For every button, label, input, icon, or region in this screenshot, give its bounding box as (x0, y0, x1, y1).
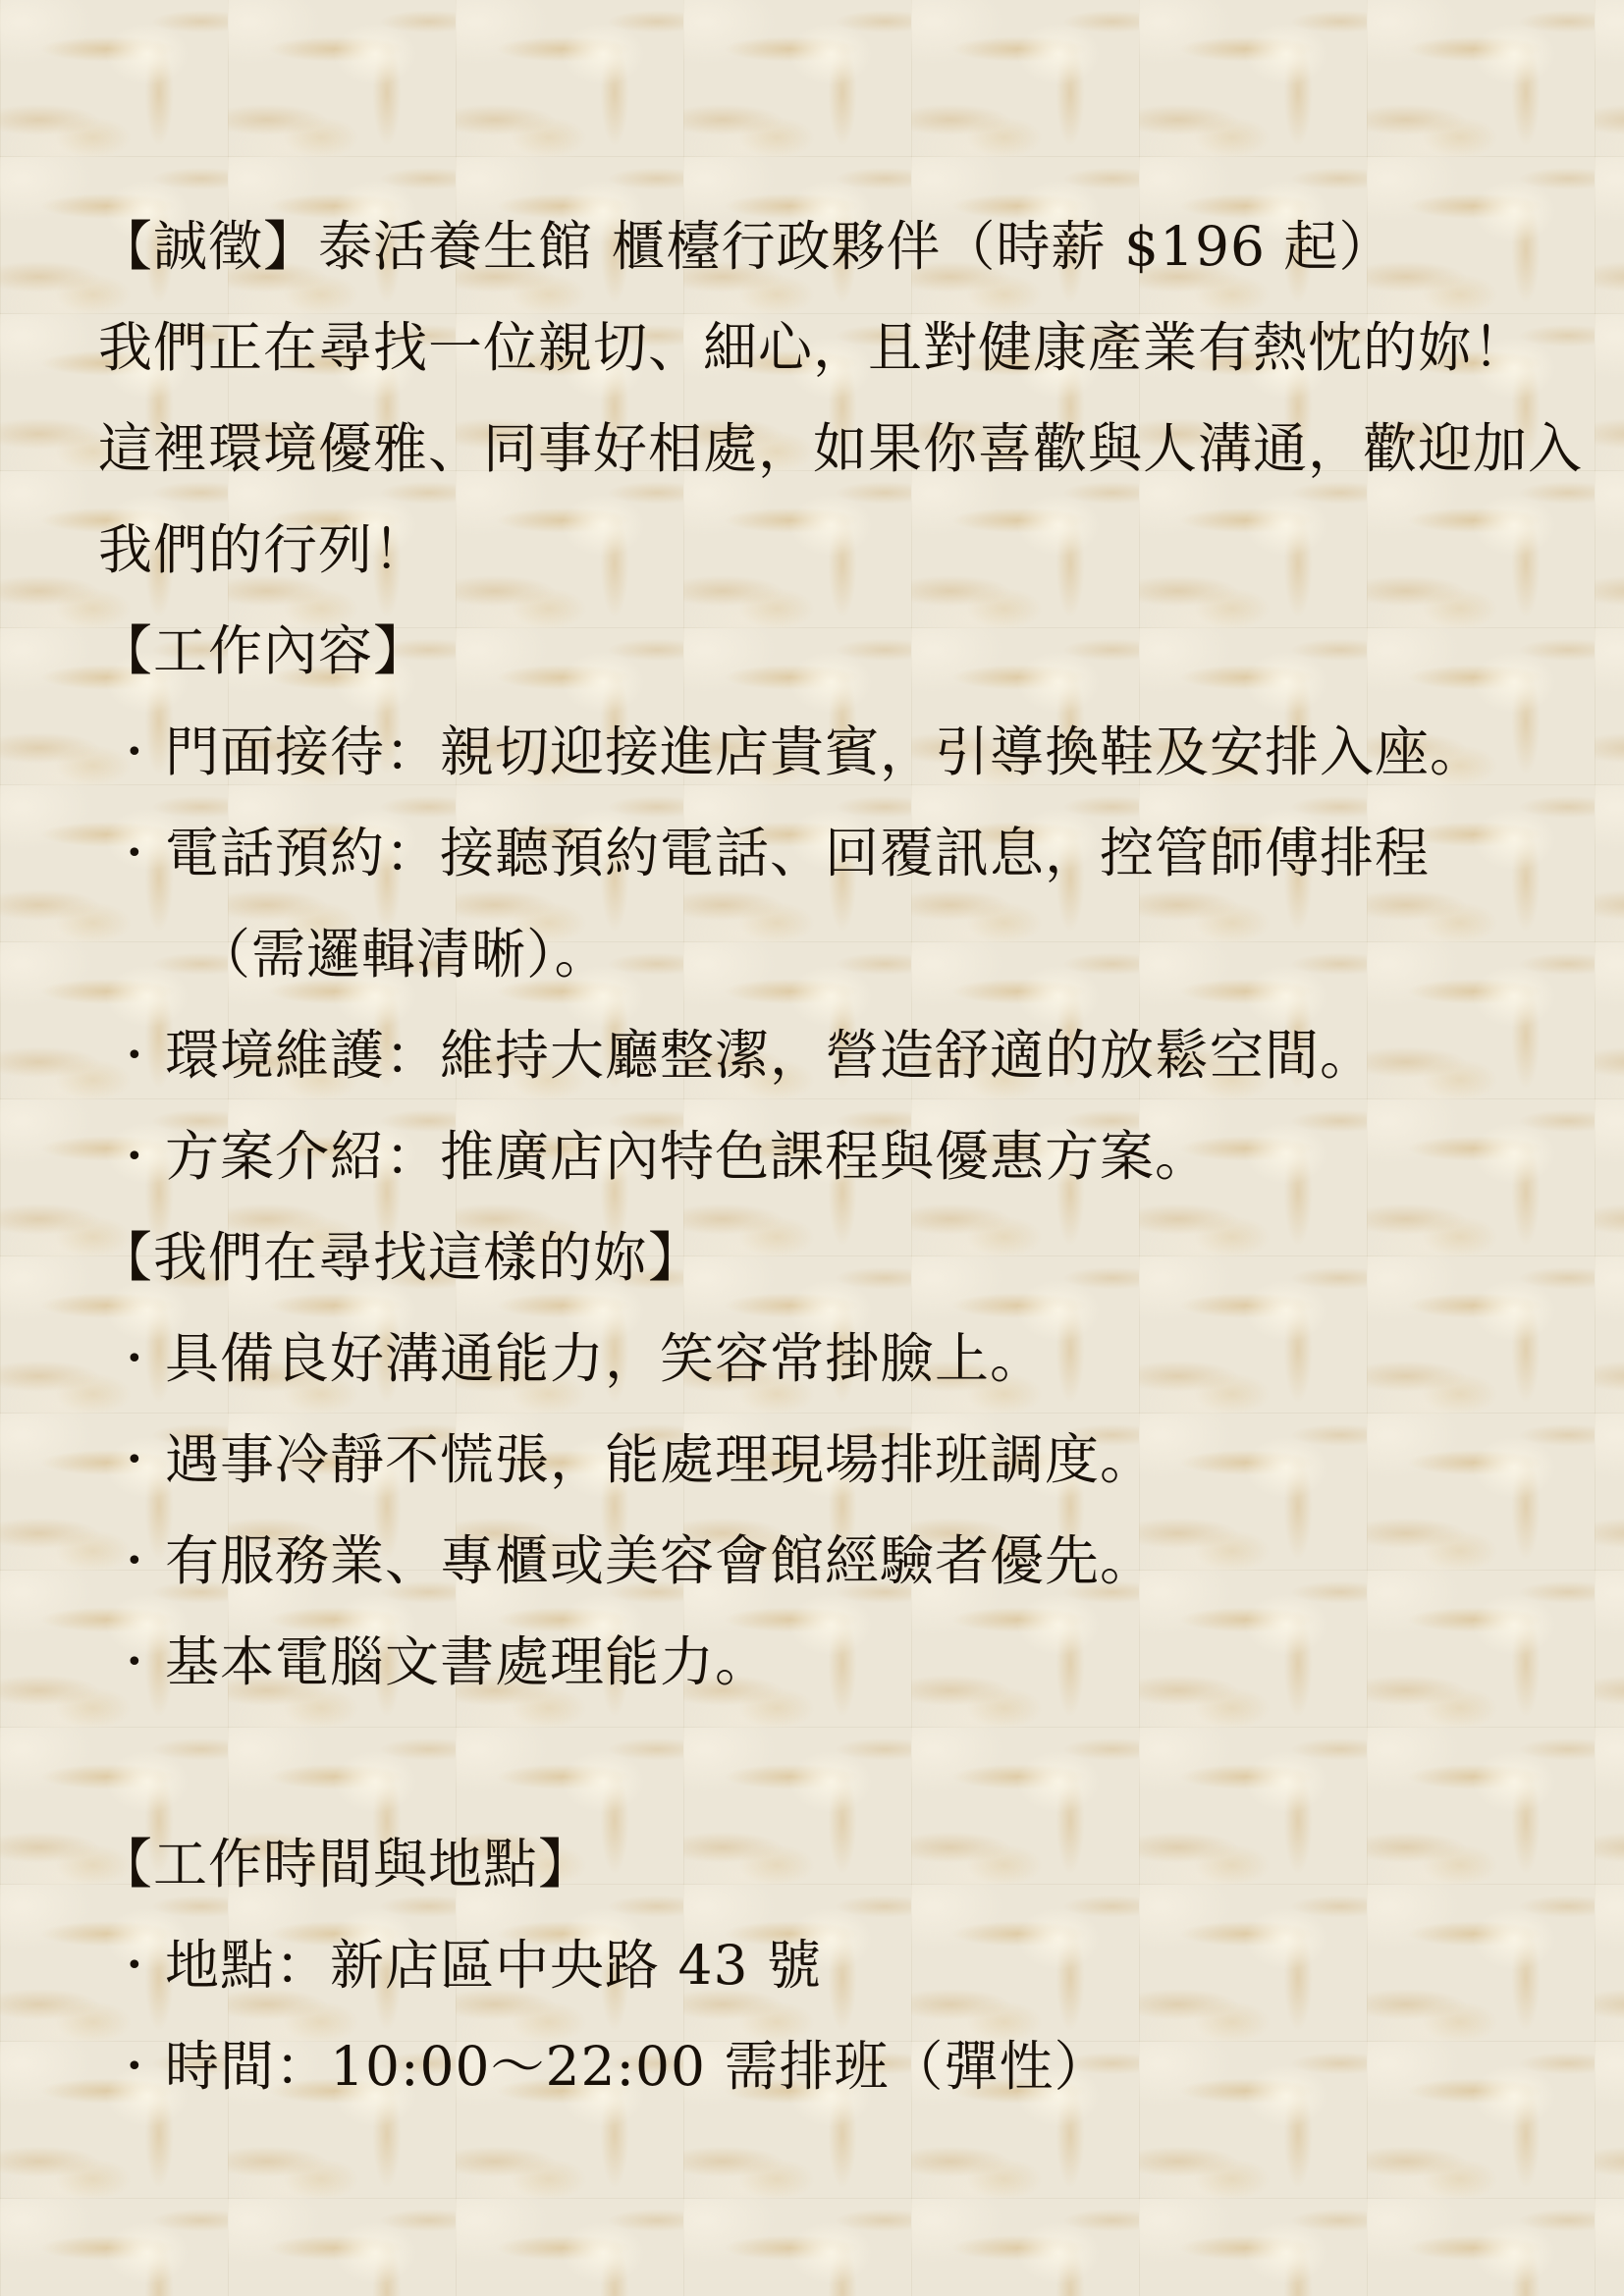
section-heading-candidate-profile: 【我們在尋找這樣的妳】 (98, 1207, 1528, 1308)
list-item: •電話預約：接聽預約電話、回覆訊息，控管師傅排程（需邏輯清晰）。 (98, 803, 1528, 1005)
list-item-text: 環境維護：維持大廳整潔，營造舒適的放鬆空間。 (165, 1024, 1375, 1087)
list-item-text: 門面接待：親切迎接進店貴賓，引導換鞋及安排入座。 (165, 721, 1485, 783)
list-item-text: 基本電腦文書處理能力。 (165, 1630, 770, 1693)
bullet-icon: • (126, 1915, 144, 2016)
section-heading-time-location: 【工作時間與地點】 (98, 1814, 1528, 1915)
intro-line-1: 我們正在尋找一位親切、細心，且對健康產業有熱忱的妳！ (98, 297, 1528, 399)
job-duties-list: •門面接待：親切迎接進店貴賓，引導換鞋及安排入座。 •電話預約：接聽預約電話、回… (98, 702, 1528, 1207)
bullet-icon: • (126, 702, 144, 803)
list-item-text: 具備良好溝通能力，笑容常掛臉上。 (165, 1327, 1045, 1390)
bullet-icon: • (126, 1106, 144, 1207)
intro-line-3: 我們的行列！ (98, 500, 1528, 601)
intro-line-2: 這裡環境優雅、同事好相處，如果你喜歡與人溝通，歡迎加入 (98, 399, 1528, 500)
bullet-icon: • (126, 1612, 144, 1713)
list-item-text: 遇事冷靜不慌張，能處理現場排班調度。 (165, 1428, 1155, 1491)
list-item: •遇事冷靜不慌張，能處理現場排班調度。 (98, 1410, 1528, 1511)
list-item-text: 地點：新店區中央路 43 號 (165, 1934, 822, 1997)
list-item: •具備良好溝通能力，笑容常掛臉上。 (98, 1308, 1528, 1410)
bullet-icon: • (126, 1005, 144, 1106)
section-heading-job-duties: 【工作內容】 (98, 601, 1528, 702)
list-item: •門面接待：親切迎接進店貴賓，引導換鞋及安排入座。 (98, 702, 1528, 803)
bullet-icon: • (126, 1511, 144, 1612)
candidate-profile-list: •具備良好溝通能力，笑容常掛臉上。 •遇事冷靜不慌張，能處理現場排班調度。 •有… (98, 1308, 1528, 1713)
bullet-icon: • (126, 2016, 144, 2117)
blank-line (98, 1713, 1528, 1814)
list-item: •基本電腦文書處理能力。 (98, 1612, 1528, 1713)
list-item: •時間：10:00～22:00 需排班（彈性） (98, 2016, 1528, 2117)
bullet-icon: • (126, 1308, 144, 1410)
bullet-icon: • (126, 803, 144, 904)
list-item-text: 有服務業、專櫃或美容會館經驗者優先。 (165, 1529, 1155, 1592)
list-item: •有服務業、專櫃或美容會館經驗者優先。 (98, 1511, 1528, 1612)
bullet-icon: • (126, 1410, 144, 1511)
list-item: •環境維護：維持大廳整潔，營造舒適的放鬆空間。 (98, 1005, 1528, 1106)
page-title: 【誠徵】泰活養生館 櫃檯行政夥伴（時薪 $196 起） (98, 196, 1528, 297)
list-item-text: 電話預約：接聽預約電話、回覆訊息，控管師傅排程（需邏輯清晰）。 (165, 822, 1430, 986)
list-item-text: 時間：10:00～22:00 需排班（彈性） (165, 2035, 1110, 2098)
job-posting-page: 【誠徵】泰活養生館 櫃檯行政夥伴（時薪 $196 起） 我們正在尋找一位親切、細… (0, 0, 1624, 2296)
list-item: •方案介紹：推廣店內特色課程與優惠方案。 (98, 1106, 1528, 1207)
list-item-text: 方案介紹：推廣店內特色課程與優惠方案。 (165, 1125, 1210, 1188)
document-content: 【誠徵】泰活養生館 櫃檯行政夥伴（時薪 $196 起） 我們正在尋找一位親切、細… (98, 196, 1528, 2117)
list-item: •地點：新店區中央路 43 號 (98, 1915, 1528, 2016)
time-location-list: •地點：新店區中央路 43 號 •時間：10:00～22:00 需排班（彈性） (98, 1915, 1528, 2117)
